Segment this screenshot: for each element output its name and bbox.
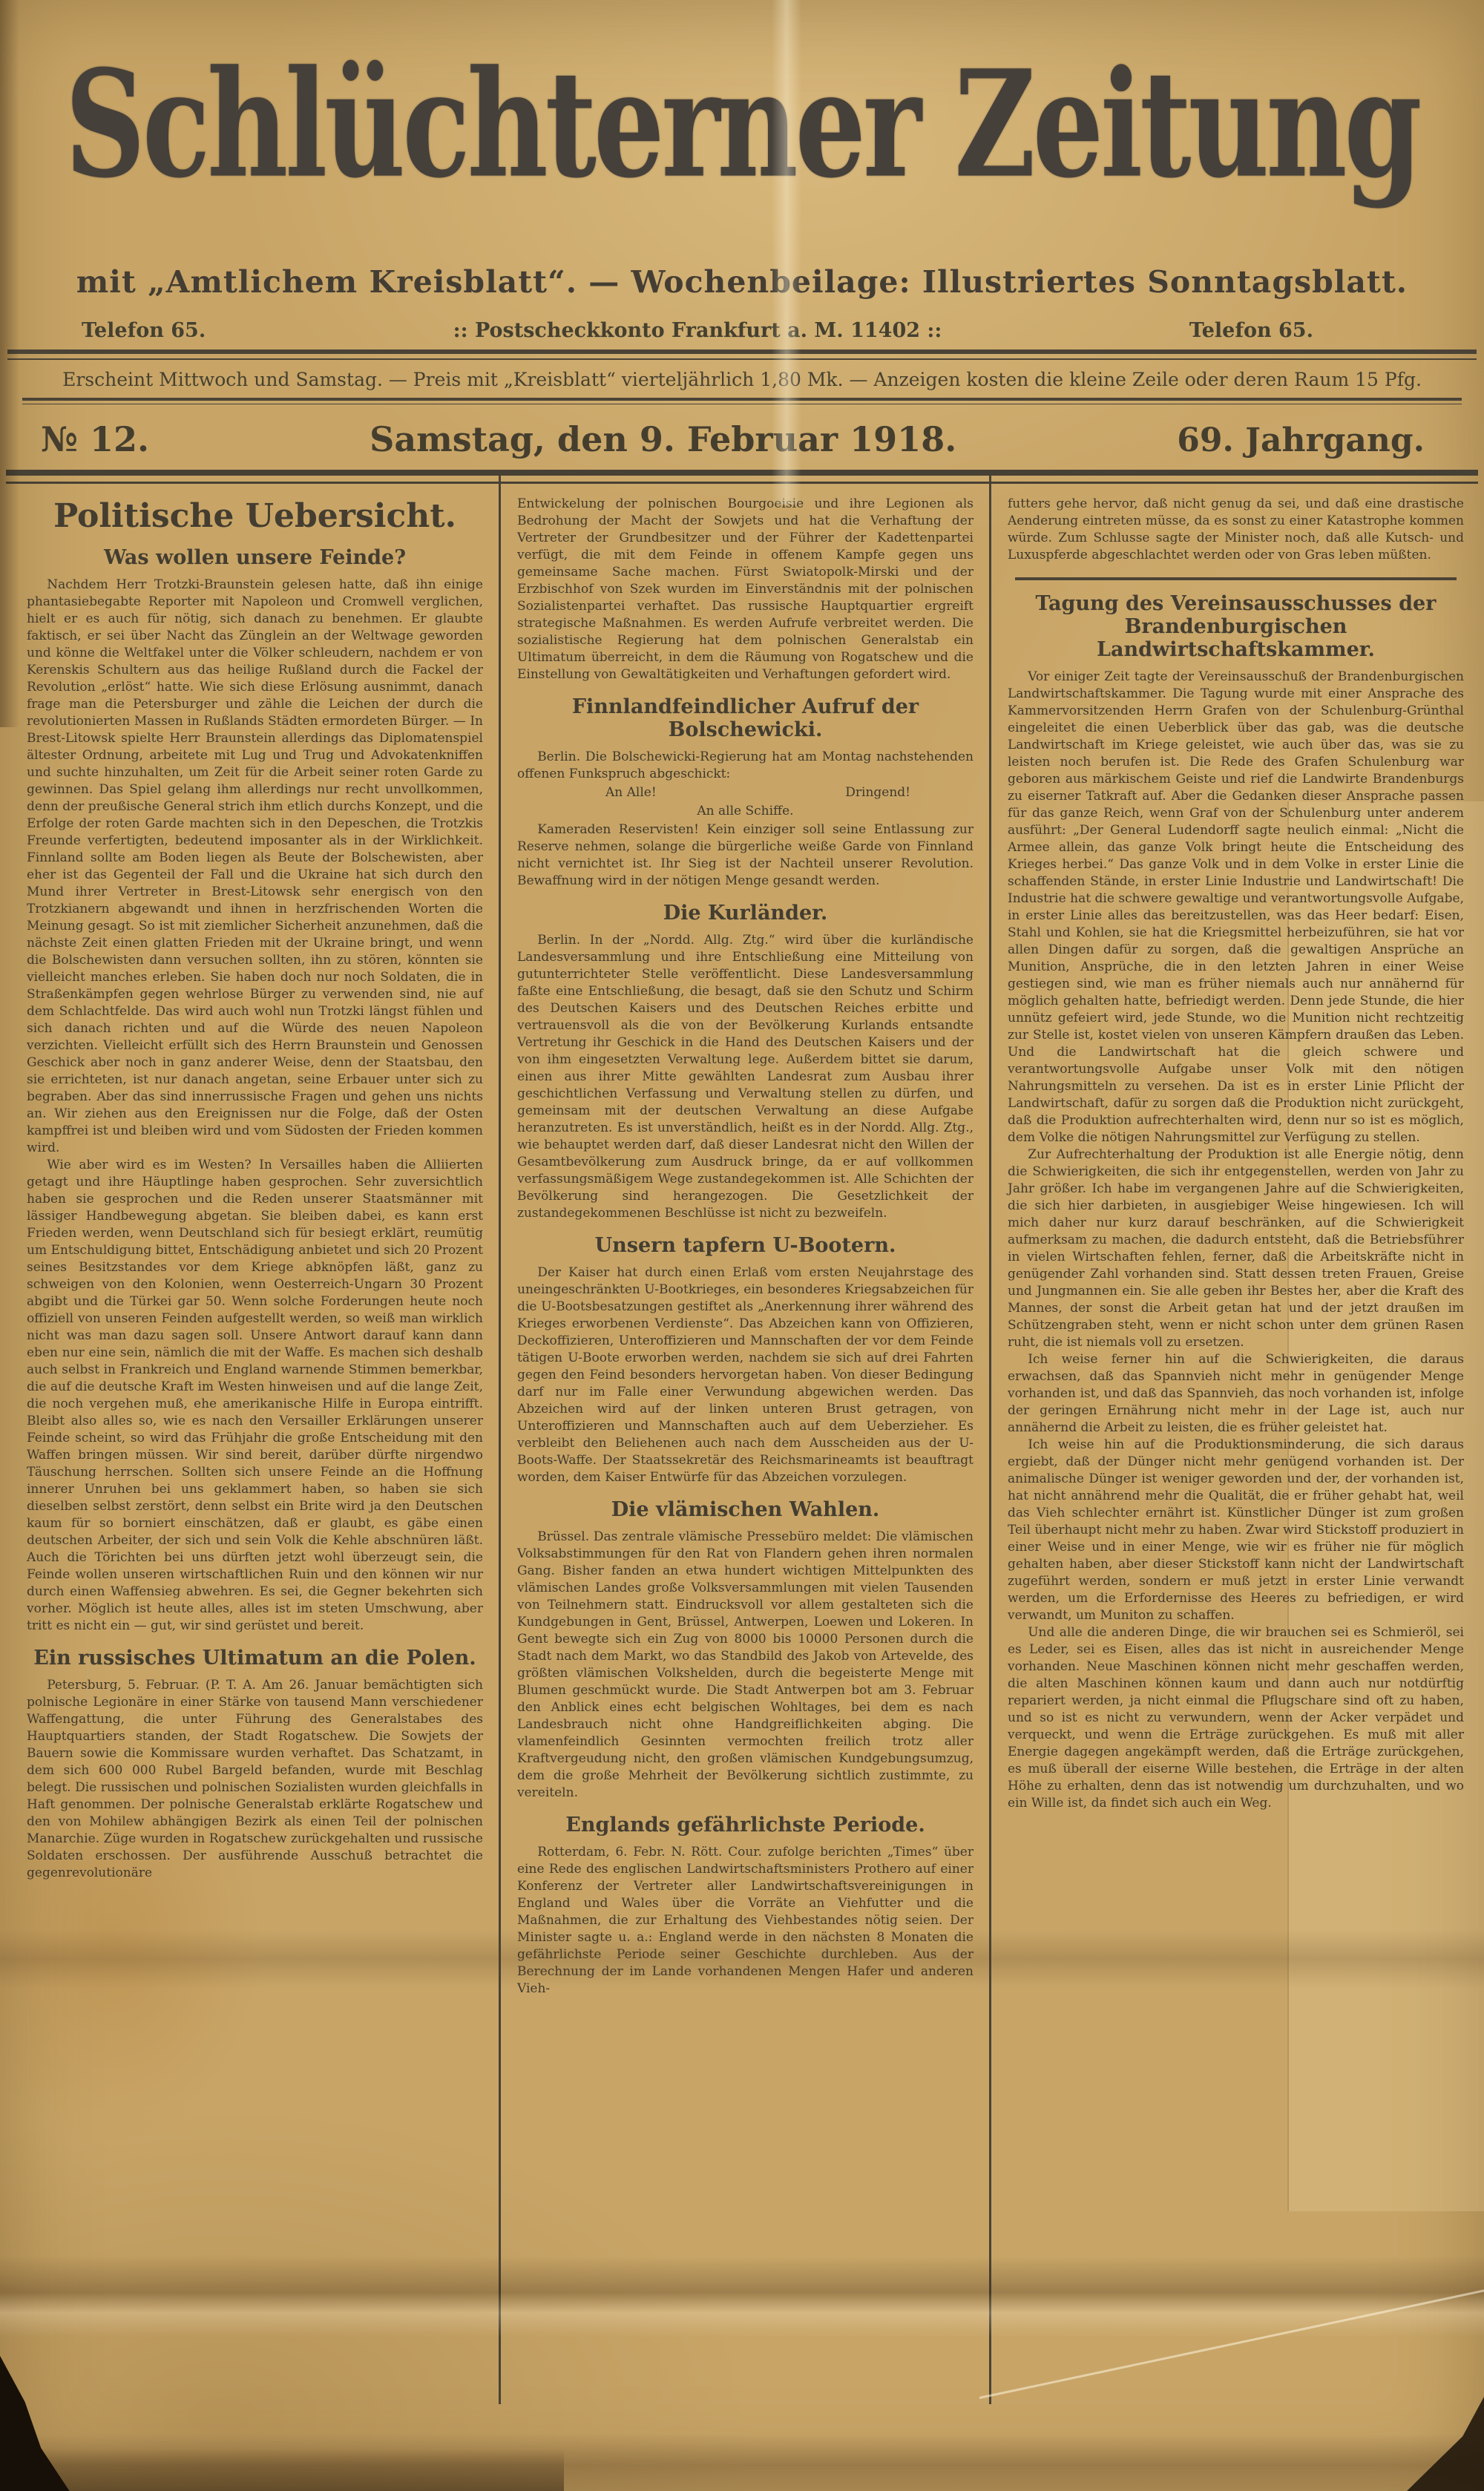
paragraph: Petersburg, 5. Februar. (P. T. A. Am 26.… xyxy=(27,1677,483,1882)
contact-row: Telefon 65. :: Postscheckkonto Frankfurt… xyxy=(0,319,1484,342)
column-2: Entwickelung der polnischen Bourgoeisie … xyxy=(517,496,974,1998)
paragraph: Nachdem Herr Trotzki-Braunstein gelesen … xyxy=(27,577,483,1157)
article-headline: Was wollen unsere Feinde? xyxy=(27,546,483,569)
date-row: № 12. Samstag, den 9. Februar 1918. 69. … xyxy=(0,419,1484,459)
article-headline: Finnlandfeindlicher Aufruf der Bolschewi… xyxy=(517,695,974,741)
article-headline: Englands gefährlichste Periode. xyxy=(517,1814,974,1837)
article-headline: Die vlämischen Wahlen. xyxy=(517,1498,974,1521)
paper-crease xyxy=(0,2256,1484,2337)
article-headline: Ein russisches Ultimatum an die Polen. xyxy=(27,1647,483,1670)
paper-crease xyxy=(0,2434,1484,2491)
newspaper-title: Schlüchterner Zeitung xyxy=(65,39,1419,211)
paragraph: Berlin. In der „Nordd. Allg. Ztg.“ wird … xyxy=(517,932,974,1222)
section-divider-rule xyxy=(1015,577,1457,580)
radio-message-address-right: Dringend! xyxy=(845,784,910,801)
section-headline: Politische Uebersicht. xyxy=(27,499,483,534)
paragraph: Zur Aufrechterhaltung der Produktion ist… xyxy=(1008,1146,1464,1351)
radio-message-address-left: An Alle! xyxy=(605,784,657,801)
column-1: Politische Uebersicht.Was wollen unsere … xyxy=(27,496,483,1998)
scan-edge-shadow xyxy=(0,2449,564,2491)
newspaper-page: Schlüchterner Zeitung mit „Amtlichem Kre… xyxy=(0,0,1484,2491)
issue-number: № 12. xyxy=(41,419,149,459)
horizontal-rule xyxy=(6,470,1478,484)
masthead-title-wrap: Schlüchterner Zeitung xyxy=(0,13,1484,236)
scan-corner-shadow xyxy=(1365,2397,1484,2491)
paragraph-continuation: futters gehe hervor, daß nicht genug da … xyxy=(1008,496,1464,564)
paragraph: Und alle die anderen Dinge, die wir brau… xyxy=(1008,1624,1464,1812)
horizontal-rule xyxy=(7,349,1477,360)
issue-date: Samstag, den 9. Februar 1918. xyxy=(370,419,956,459)
paragraph: Wie aber wird es im Westen? In Versaille… xyxy=(27,1157,483,1635)
paragraph: Ich weise hin auf die Produktionsminderu… xyxy=(1008,1437,1464,1624)
postscheck-info: :: Postscheckkonto Frankfurt a. M. 11402… xyxy=(453,319,942,342)
paragraph: Vor einiger Zeit tagte der Vereinsaussch… xyxy=(1008,669,1464,1146)
paragraph: Brüssel. Das zentrale vlämische Pressebü… xyxy=(517,1529,974,1802)
article-headline: Unsern tapfern U-Bootern. xyxy=(517,1234,974,1257)
column-3: futters gehe hervor, daß nicht genug da … xyxy=(1008,496,1464,1998)
scan-corner-shadow xyxy=(0,2337,89,2491)
article-columns: Politische Uebersicht.Was wollen unsere … xyxy=(0,484,1484,1998)
article-headline: Die Kurländer. xyxy=(517,902,974,925)
publication-info-line: Erscheint Mittwoch und Samstag. — Preis … xyxy=(0,369,1484,390)
paragraph: Berlin. Die Bolschewicki-Regierung hat a… xyxy=(517,749,974,783)
column-divider-rule xyxy=(989,475,991,2404)
paragraph: Ich weise ferner hin auf die Schwierigke… xyxy=(1008,1351,1464,1437)
paragraph-continuation: Entwickelung der polnischen Bourgoeisie … xyxy=(517,496,974,683)
masthead: Schlüchterner Zeitung mit „Amtlichem Kre… xyxy=(0,0,1484,484)
telefon-left: Telefon 65. xyxy=(82,319,206,342)
paragraph: Rotterdam, 6. Febr. N. Rött. Cour. zufol… xyxy=(517,1844,974,1998)
paragraph: Kameraden Reservisten! Kein einziger sol… xyxy=(517,821,974,890)
radio-message-address: An alle Schiffe. xyxy=(517,803,974,820)
newspaper-subtitle: mit „Amtlichem Kreisblatt“. — Wochenbeil… xyxy=(0,264,1484,300)
telefon-right: Telefon 65. xyxy=(1189,319,1313,342)
paragraph: Der Kaiser hat durch einen Erlaß vom ers… xyxy=(517,1264,974,1486)
volume-number: 69. Jahrgang. xyxy=(1177,421,1425,459)
paper-fold-highlight xyxy=(979,2280,1484,2399)
column-divider-rule xyxy=(499,475,501,2404)
radio-message-address: An Alle!Dringend! xyxy=(517,784,974,801)
article-headline: Tagung des Vereinsausschusses der Brande… xyxy=(1008,592,1464,661)
horizontal-rule xyxy=(22,398,1462,404)
